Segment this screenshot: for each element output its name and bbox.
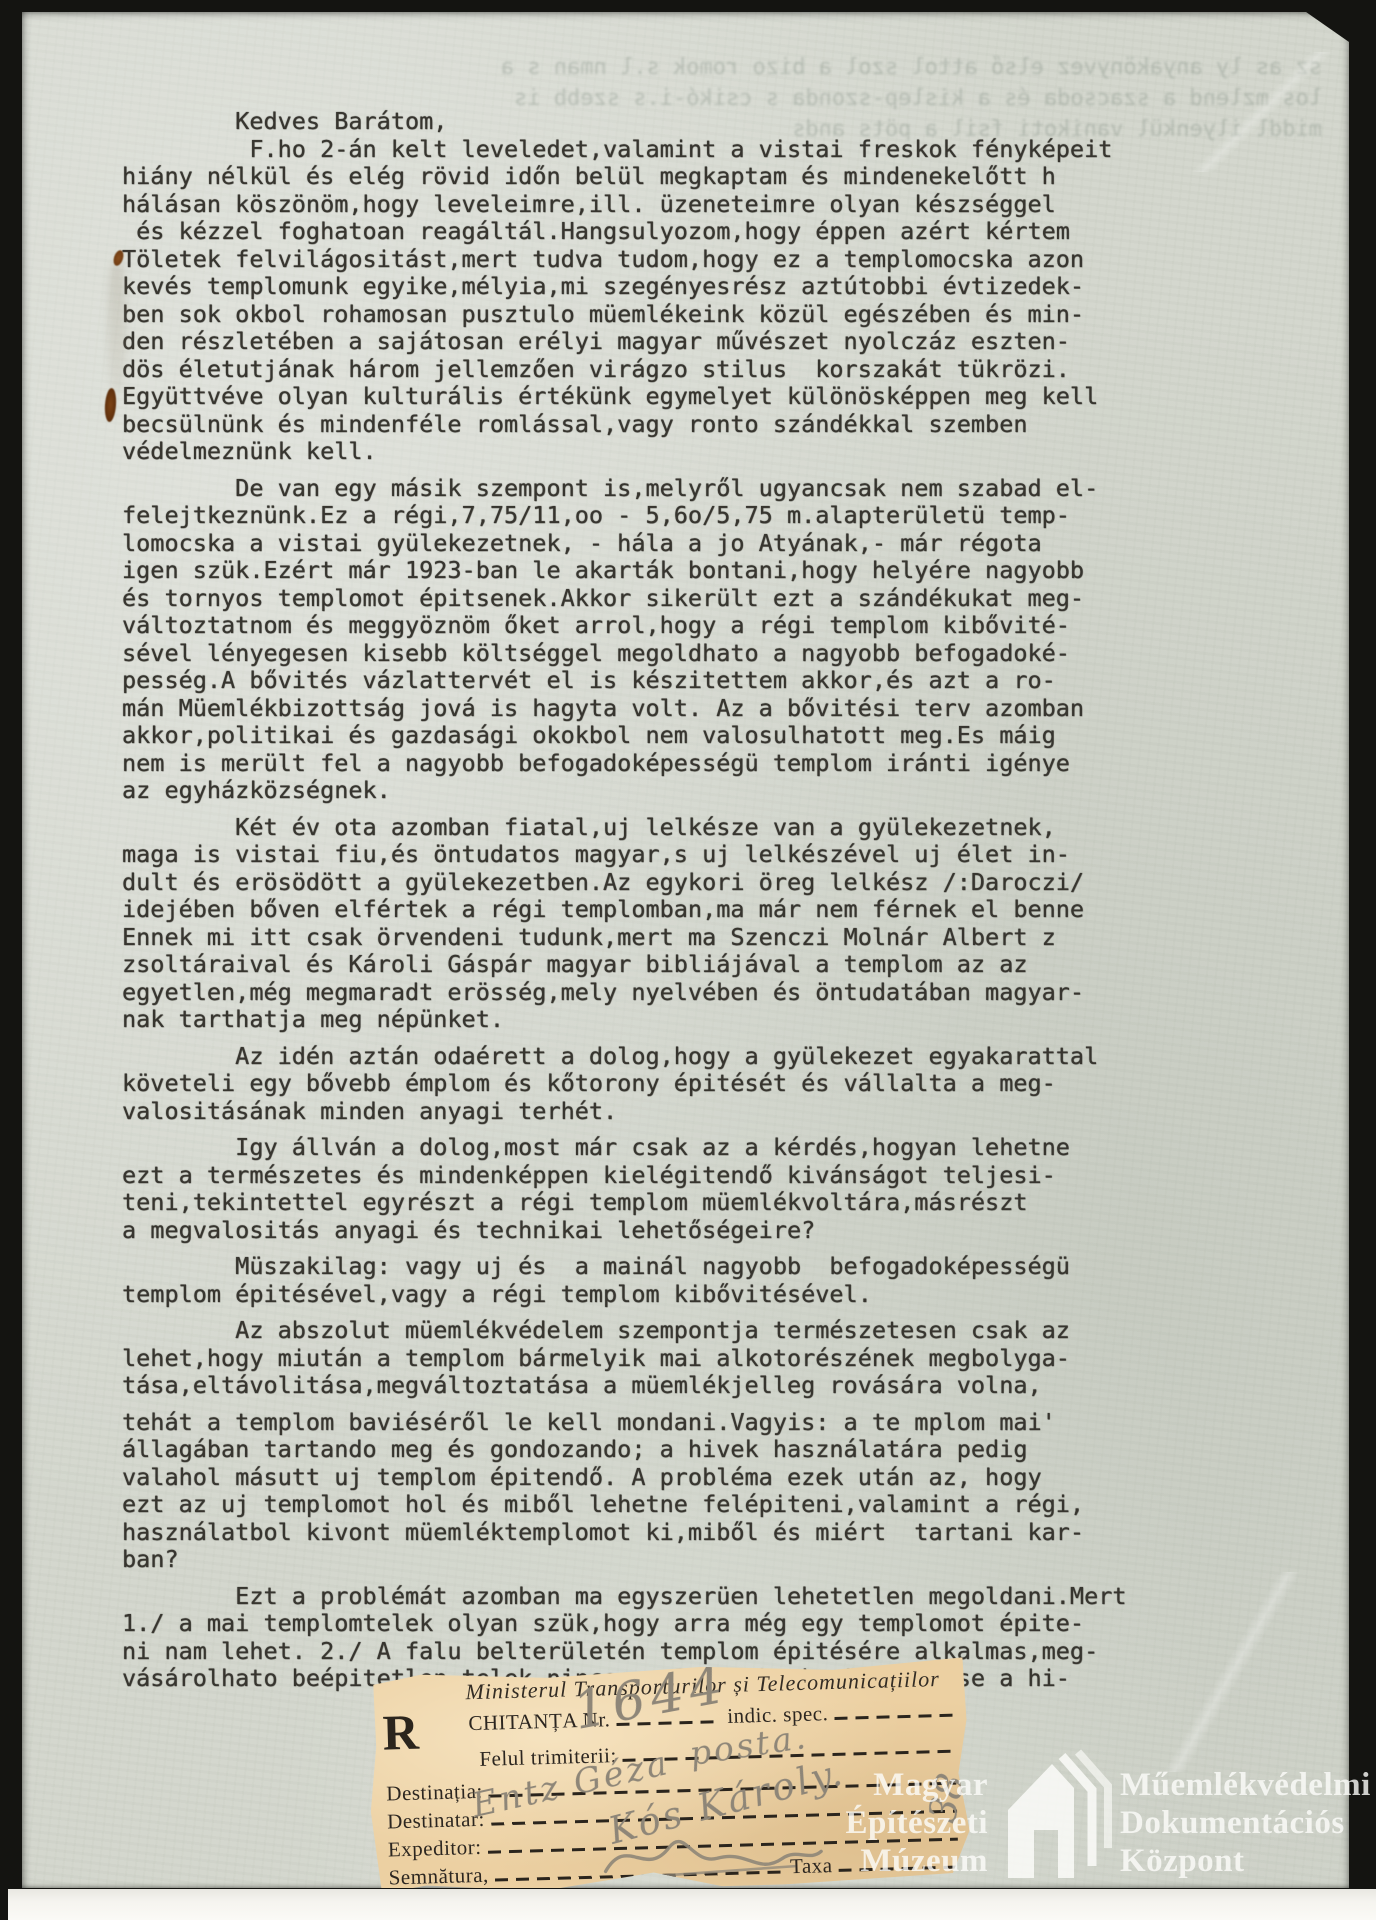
typewritten-line: templom épitésével,vagy a régi templom k… <box>122 1281 1322 1309</box>
typewritten-line: ezt az uj templomot hol és miből lehetne… <box>122 1491 1322 1519</box>
typewritten-line: az egyházközségnek. <box>122 777 1322 805</box>
letter-page: sz as ly anyakönyvez első attol szol a b… <box>22 12 1349 1888</box>
paragraph: Kedves Barátom, F.ho 2-án kelt leveledet… <box>122 108 1322 466</box>
dashed-fill-line <box>834 1703 954 1720</box>
rust-stain <box>104 388 117 423</box>
typewritten-line: változtatnom és meggyöznöm őket arrol,ho… <box>122 612 1322 640</box>
paragraph: Két év ota azomban fiatal,uj lelkésze va… <box>122 814 1322 1034</box>
typewritten-line: sével lényegesen kisebb költséggel megol… <box>122 640 1322 668</box>
typewritten-line: pesség.A bővités vázlattervét el is kész… <box>122 667 1322 695</box>
typewritten-line: valositásának minden anyagi terhét. <box>122 1098 1322 1126</box>
scan-background: sz as ly anyakönyvez első attol szol a b… <box>0 0 1376 1920</box>
typewritten-line: Igy állván a dolog,most már csak az a ké… <box>122 1134 1322 1162</box>
receipt-number-row: CHITANȚA Nr. indic. spec. <box>368 1697 960 1739</box>
typewritten-line: idejében bőven elfértek a régi templomba… <box>122 896 1322 924</box>
paragraph: Müszakilag: vagy uj és a mainál nagyobb … <box>122 1253 1322 1308</box>
semnatura-label: Semnătura, <box>388 1863 489 1891</box>
typewritten-line: becsülnünk és mindenféle romlással,vagy … <box>122 411 1322 439</box>
typewritten-line: lomocska a vistai gyülekezetnek, - hála … <box>122 530 1322 558</box>
typewritten-line: védelmeznünk kell. <box>122 438 1322 466</box>
dashed-fill-line <box>616 1709 721 1726</box>
typewritten-line: igen szük.Ezért már 1923-ban le akarták … <box>122 557 1322 585</box>
typewritten-line: a megvalositás anyagi és technikai lehet… <box>122 1217 1322 1245</box>
paragraph: tehát a templom baviéséről le kell monda… <box>122 1409 1322 1574</box>
typewritten-line: Két év ota azomban fiatal,uj lelkésze va… <box>122 814 1322 842</box>
typewritten-line: hálásan köszönöm,hogy leveleimre,ill. üz… <box>122 191 1322 219</box>
paragraph: Az idén aztán odaérett a dolog,hogy a gy… <box>122 1043 1322 1126</box>
scanner-bed-strip <box>8 1889 1376 1920</box>
typewritten-line: F.ho 2-án kelt leveledet,valamint a vist… <box>122 136 1322 164</box>
typewritten-line: 1./ a mai templomtelek olyan szük,hogy a… <box>122 1610 1322 1638</box>
typewritten-line: Együttvéve olyan kulturális értékünk egy… <box>122 383 1322 411</box>
dashed-fill-line <box>489 1771 957 1798</box>
typewritten-line: tehát a templom baviéséről le kell monda… <box>122 1409 1322 1437</box>
typewritten-line: teni,tekintettel egyrészt a régi templom… <box>122 1189 1322 1217</box>
typewritten-line: ezt a természetes és mindenképpen kielég… <box>122 1162 1322 1190</box>
typewritten-line: és tornyos templomot épitsenek.Akkor sik… <box>122 585 1322 613</box>
typewritten-line: den részletében a sajátosan erélyi magya… <box>122 328 1322 356</box>
typewritten-line: Az idén aztán odaérett a dolog,hogy a gy… <box>122 1043 1322 1071</box>
typewritten-line: kevés templomunk egyike,mélyia,mi szegén… <box>122 273 1322 301</box>
destinatia-label: Destinația: <box>386 1779 483 1807</box>
paragraph: Az abszolut müemlékvédelem szempontja te… <box>122 1317 1322 1400</box>
typewritten-line: valahol másutt uj templom épitendő. A pr… <box>122 1464 1322 1492</box>
postal-receipt-stamp: Ministerul Transporturilor și Telecomuni… <box>367 1657 971 1896</box>
dashed-fill-line <box>623 1739 956 1762</box>
typewritten-line: Töletek felvilágositást,mert tudva tudom… <box>122 246 1322 274</box>
typewritten-line: ni nam lehet. 2./ A falu belterületén te… <box>122 1638 1322 1666</box>
paragraph: Igy állván a dolog,most már csak az a ké… <box>122 1134 1322 1244</box>
typewritten-line: állagában tartando meg és gondozando; a … <box>122 1436 1322 1464</box>
typewritten-line: nem is merült fel a nagyobb befogadoképe… <box>122 750 1322 778</box>
typewritten-line: ban? <box>122 1546 1322 1574</box>
handwritten-signature <box>596 1821 828 1887</box>
typewritten-line: Az abszolut müemlékvédelem szempontja te… <box>122 1317 1322 1345</box>
bleedthrough-line: sz as ly anyakönyvez első attol szol a b… <box>82 52 1322 83</box>
typewritten-line: maga is vistai fiu,és öntudatos magyar,s… <box>122 841 1322 869</box>
typewritten-line: ben sok okbol rohamosan pusztulo müemlék… <box>122 301 1322 329</box>
typewritten-line: mán Müemlékbizottság jová is hagyta volt… <box>122 695 1322 723</box>
typewritten-line: Ennek mi itt csak örvendeni tudunk,mert … <box>122 924 1322 952</box>
typewritten-line: De van egy másik szempont is,melyről ugy… <box>122 475 1322 503</box>
typewritten-line: tása,eltávolitása,megváltoztatása a müem… <box>122 1372 1322 1400</box>
felul-label: Felul trimiterii: <box>479 1743 617 1772</box>
indic-spec-label: indic. spec. <box>727 1701 829 1729</box>
typewritten-line: és kézzel foghatoan reagáltál.Hangsulyoz… <box>122 218 1322 246</box>
chitanta-label: CHITANȚA Nr. <box>468 1707 611 1736</box>
typewritten-line: dös életutjának három jellemzően virágzo… <box>122 356 1322 384</box>
typewritten-line: akkor,politikai és gazdasági okokbol nem… <box>122 722 1322 750</box>
destinatar-label: Destinatar: <box>387 1807 485 1835</box>
expeditor-label: Expeditor: <box>388 1835 482 1863</box>
dashed-fill-line <box>838 1855 958 1872</box>
typewritten-line: zsoltáraival és Károli Gáspár magyar bib… <box>122 951 1322 979</box>
typewritten-line: Ezt a problémát azomban ma egyszerüen le… <box>122 1583 1322 1611</box>
typewritten-line: dult és erösödött a gyülekezetben.Az egy… <box>122 869 1322 897</box>
typewritten-line: használatbol kivont müemléktemplomot ki,… <box>122 1519 1322 1547</box>
typewritten-line: Müszakilag: vagy uj és a mainál nagyobb … <box>122 1253 1322 1281</box>
letter-body: Kedves Barátom, F.ho 2-án kelt leveledet… <box>122 108 1322 1702</box>
typewritten-line: felejtkeznünk.Ez a régi,7,75/11,oo - 5,6… <box>122 502 1322 530</box>
paper-smudge <box>108 262 126 392</box>
typewritten-line: nak tarthatja meg népünket. <box>122 1006 1322 1034</box>
paragraph: De van egy másik szempont is,melyről ugy… <box>122 475 1322 805</box>
typewritten-line: követeli egy bővebb émplom és kőtorony é… <box>122 1070 1322 1098</box>
dashed-fill-line <box>491 1799 958 1826</box>
typewritten-line: egyetlen,még megmaradt erösség,mely nyel… <box>122 979 1322 1007</box>
typewritten-line: hiány nélkül és elég rövid időn belül me… <box>122 163 1322 191</box>
typewritten-line: Kedves Barátom, <box>122 108 1322 136</box>
typewritten-line: lehet,hogy miután a templom bármelyik ma… <box>122 1345 1322 1373</box>
